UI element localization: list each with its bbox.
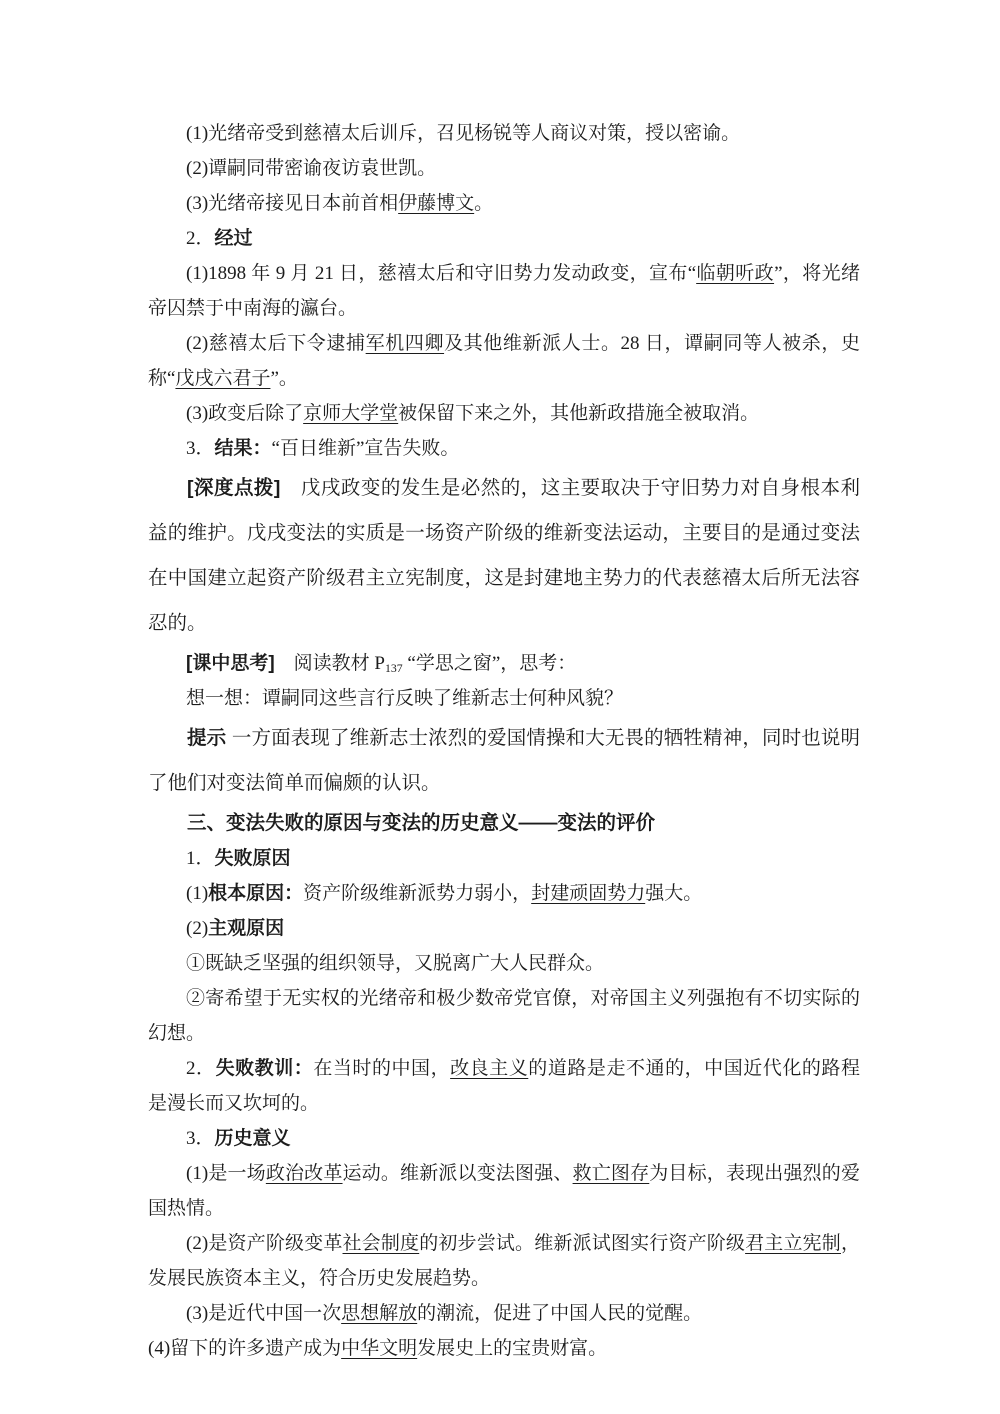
bold-term: 结果： — [215, 438, 272, 459]
text-segment: 被保留下来之外，其他新政措施全被取消。 — [398, 403, 759, 424]
text-segment: (1)光绪帝受到慈禧太后训斥，召见杨锐等人商议对策，授以密谕。 — [186, 123, 740, 144]
text-segment: (1)是一场 — [186, 1163, 266, 1184]
paragraph: (1)1898 年 9 月 21 日，慈禧太后和守旧势力发动政变，宣布“临朝听政… — [148, 256, 860, 326]
underlined-term: 中华文明 — [341, 1338, 417, 1359]
bold-term: 根本原因： — [208, 883, 303, 904]
text-segment: 强大。 — [645, 883, 702, 904]
underlined-term: 戊戌六君子 — [175, 368, 270, 389]
text-segment: (2)谭嗣同带密谕夜访袁世凯。 — [186, 158, 436, 179]
underlined-term: 社会制度 — [343, 1233, 420, 1254]
paragraph: ①既缺乏坚强的组织领导，又脱离广大人民群众。 — [148, 946, 860, 981]
text-segment: (2) — [186, 918, 208, 939]
bold-term: 失败原因 — [215, 848, 291, 869]
text-segment: 。 — [474, 193, 493, 214]
paragraph: (1)是一场政治改革运动。维新派以变法图强、救亡图存为目标，表现出强烈的爱国热情… — [148, 1156, 860, 1226]
text-segment: (1) — [186, 883, 208, 904]
bold-term: 提示 — [187, 727, 226, 749]
document-page: (1)光绪帝受到慈禧太后训斥，召见杨锐等人商议对策，授以密谕。(2)谭嗣同带密谕… — [0, 0, 1000, 1414]
text-segment: “学思之窗”，思考： — [403, 653, 577, 674]
paragraph: [课中思考] 阅读教材 P137 “学思之窗”，思考： — [148, 646, 860, 681]
section-heading: 三、变法失败的原因与变法的历史意义——变法的评价 — [148, 806, 860, 841]
paragraph: 3．历史意义 — [148, 1121, 860, 1156]
underlined-term: 伊藤博文 — [398, 193, 474, 214]
text-segment: 的潮流，促进了中国人民的觉醒。 — [417, 1303, 702, 1324]
paragraph: (2)主观原因 — [148, 911, 860, 946]
paragraph: (2)慈禧太后下令逮捕军机四卿及其他维新派人士。28 日，谭嗣同等人被杀，史称“… — [148, 326, 860, 396]
paragraph: [深度点拨] 戊戌政变的发生是必然的，这主要取决于守旧势力对自身根本利益的维护。… — [148, 466, 860, 646]
text-segment: (3)光绪帝接见日本前首相 — [186, 193, 398, 214]
paragraph: ②寄希望于无实权的光绪帝和极少数帝党官僚，对帝国主义列强抱有不切实际的幻想。 — [148, 981, 860, 1051]
text-segment: (2)慈禧太后下令逮捕 — [186, 333, 366, 354]
paragraph: (3)政变后除了京师大学堂被保留下来之外，其他新政措施全被取消。 — [148, 396, 860, 431]
underlined-term: 政治改革 — [266, 1163, 343, 1184]
text-segment: 3． — [186, 438, 215, 459]
paragraph: (1)根本原因：资产阶级维新派势力弱小，封建顽固势力强大。 — [148, 876, 860, 911]
underlined-term: 军机四卿 — [366, 333, 444, 354]
text-segment: (4)留下的许多遗产成为 — [148, 1338, 341, 1359]
paragraph: (3)光绪帝接见日本前首相伊藤博文。 — [148, 186, 860, 221]
document-body: (1)光绪帝受到慈禧太后训斥，召见杨锐等人商议对策，授以密谕。(2)谭嗣同带密谕… — [148, 116, 860, 1366]
underlined-term: 思想解放 — [341, 1303, 417, 1324]
text-segment: 3． — [186, 1128, 215, 1149]
underlined-term: 京师大学堂 — [303, 403, 398, 424]
bold-term: 失败教训： — [216, 1058, 314, 1079]
bold-term: 经过 — [215, 228, 253, 249]
paragraph: 1．失败原因 — [148, 841, 860, 876]
text-segment: (3)政变后除了 — [186, 403, 303, 424]
subscript-text: 137 — [385, 662, 403, 675]
bold-term: 主观原因 — [208, 918, 284, 939]
paragraph: (4)留下的许多遗产成为中华文明发展史上的宝贵财富。 — [148, 1331, 860, 1366]
text-segment: 戊戌政变的发生是必然的，这主要取决于守旧势力对自身根本利益的维护。戊戌变法的实质… — [148, 477, 860, 634]
bold-term: [深度点拨] — [187, 477, 280, 499]
underlined-term: 救亡图存 — [573, 1163, 650, 1184]
underlined-term: 封建顽固势力 — [531, 883, 645, 904]
text-segment: ①既缺乏坚强的组织领导，又脱离广大人民群众。 — [186, 953, 604, 974]
text-segment: (1)1898 年 9 月 21 日，慈禧太后和守旧势力发动政变，宣布“ — [186, 263, 696, 284]
underlined-term: 君主立宪制 — [745, 1233, 841, 1254]
text-segment: (2)是资产阶级变革 — [186, 1233, 343, 1254]
text-segment: 阅读教材 P — [275, 653, 385, 674]
text-segment: “百日维新”宣告失败。 — [272, 438, 460, 459]
paragraph: 2．经过 — [148, 221, 860, 256]
paragraph: (1)光绪帝受到慈禧太后训斥，召见杨锐等人商议对策，授以密谕。 — [148, 116, 860, 151]
paragraph: 2．失败教训：在当时的中国，改良主义的道路是走不通的，中国近代化的路程是漫长而又… — [148, 1051, 860, 1121]
text-segment: ”。 — [270, 368, 297, 389]
text-segment: ②寄希望于无实权的光绪帝和极少数帝党官僚，对帝国主义列强抱有不切实际的幻想。 — [148, 988, 860, 1044]
text-segment: (3)是近代中国一次 — [186, 1303, 341, 1324]
paragraph: 想一想：谭嗣同这些言行反映了维新志士何种风貌？ — [148, 681, 860, 716]
text-segment: 在当时的中国， — [313, 1058, 450, 1079]
paragraph: (2)是资产阶级变革社会制度的初步尝试。维新派试图实行资产阶级君主立宪制，发展民… — [148, 1226, 860, 1296]
text-segment: 发展史上的宝贵财富。 — [417, 1338, 607, 1359]
bold-term: 历史意义 — [215, 1128, 291, 1149]
underlined-term: 临朝听政 — [696, 263, 774, 284]
text-segment: 2． — [186, 1058, 216, 1079]
text-segment: 一方面表现了维新志士浓烈的爱国情操和大无畏的牺牲精神，同时也说明了他们对变法简单… — [148, 727, 860, 794]
paragraph: (2)谭嗣同带密谕夜访袁世凯。 — [148, 151, 860, 186]
text-segment: 资产阶级维新派势力弱小， — [303, 883, 531, 904]
text-segment: 1． — [186, 848, 215, 869]
text-segment: 运动。维新派以变法图强、 — [343, 1163, 573, 1184]
paragraph: (3)是近代中国一次思想解放的潮流，促进了中国人民的觉醒。 — [148, 1296, 860, 1331]
text-segment: 的初步尝试。维新派试图实行资产阶级 — [419, 1233, 745, 1254]
text-segment: 想一想：谭嗣同这些言行反映了维新志士何种风貌？ — [186, 688, 623, 709]
underlined-term: 改良主义 — [450, 1058, 528, 1079]
bold-term: 三、变法失败的原因与变法的历史意义——变法的评价 — [187, 812, 655, 834]
paragraph: 提示 一方面表现了维新志士浓烈的爱国情操和大无畏的牺牲精神，同时也说明了他们对变… — [148, 716, 860, 806]
bold-term: [课中思考] — [186, 653, 275, 674]
paragraph: 3．结果：“百日维新”宣告失败。 — [148, 431, 860, 466]
text-segment: 2． — [186, 228, 215, 249]
